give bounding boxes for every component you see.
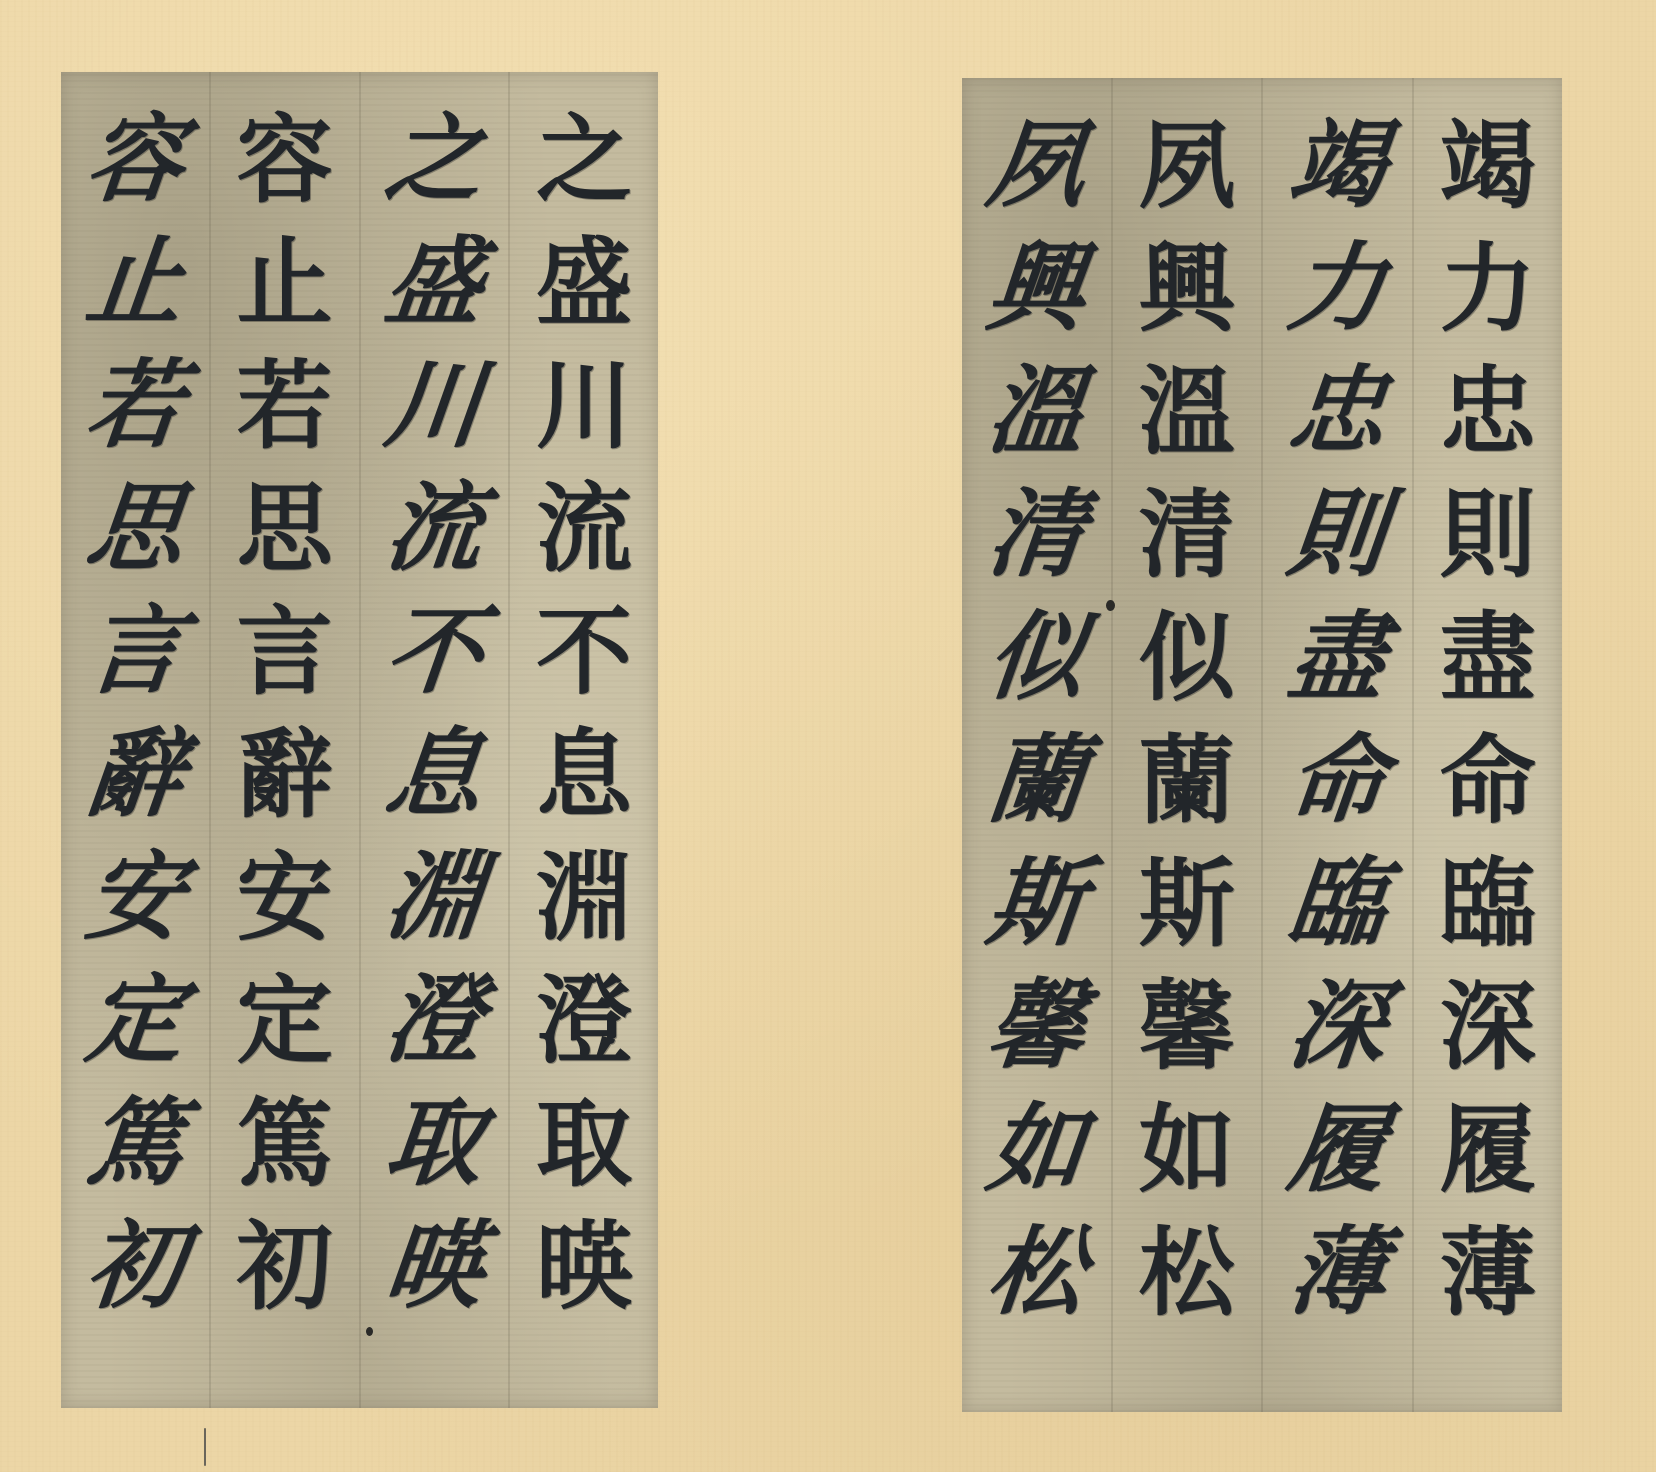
glyph: 薄	[1428, 1211, 1548, 1334]
glyph: 蘭	[970, 719, 1103, 842]
glyph: 篤	[68, 1082, 201, 1205]
glyph: 履	[1428, 1088, 1548, 1211]
glyph: 盛	[524, 221, 644, 344]
glyph: 定	[225, 959, 345, 1082]
glyph: 暎	[368, 1205, 501, 1328]
left-rubbing-panel: 之 盛 川 流 不 息 淵 澄 取 暎 之 盛 川 流 不 息 淵 澄 取 暎 …	[61, 72, 658, 1408]
glyph: 川	[368, 344, 501, 467]
glyph: 竭	[1428, 104, 1548, 227]
calligraphy-column-cursive: 之 盛 川 流 不 息 淵 澄 取 暎	[361, 72, 511, 1408]
glyph: 取	[368, 1082, 501, 1205]
glyph: 盡	[1428, 596, 1548, 719]
calligraphy-column-regular: 容 止 若 思 言 辭 安 定 篤 初	[211, 72, 361, 1408]
glyph: 初	[225, 1205, 345, 1328]
glyph: 蘭	[1127, 719, 1247, 842]
calligraphy-column-cursive: 夙 興 溫 清 似 蘭 斯 馨 如 松	[962, 78, 1113, 1412]
margin-tick-mark	[204, 1428, 206, 1466]
glyph: 則	[1271, 473, 1404, 596]
glyph: 則	[1428, 473, 1548, 596]
glyph: 如	[970, 1088, 1103, 1211]
glyph: 忠	[1271, 350, 1404, 473]
glyph: 斯	[1127, 842, 1247, 965]
glyph: 若	[225, 344, 345, 467]
glyph: 命	[1428, 719, 1548, 842]
glyph: 辭	[68, 713, 201, 836]
glyph: 止	[68, 221, 201, 344]
calligraphy-column-regular: 竭 力 忠 則 盡 命 臨 深 履 薄	[1414, 78, 1563, 1412]
glyph: 息	[524, 713, 644, 836]
glyph: 松	[1127, 1211, 1247, 1334]
calligraphy-column-cursive: 容 止 若 思 言 辭 安 定 篤 初	[61, 72, 211, 1408]
glyph: 如	[1127, 1088, 1247, 1211]
glyph: 臨	[1271, 842, 1404, 965]
glyph: 興	[1127, 227, 1247, 350]
glyph: 夙	[970, 104, 1103, 227]
glyph: 竭	[1271, 104, 1404, 227]
glyph: 清	[970, 473, 1103, 596]
glyph: 若	[68, 344, 201, 467]
glyph: 息	[368, 713, 501, 836]
glyph: 馨	[970, 965, 1103, 1088]
glyph: 不	[368, 590, 501, 713]
glyph: 辭	[225, 713, 345, 836]
glyph: 深	[1271, 965, 1404, 1088]
glyph: 暎	[524, 1205, 644, 1328]
glyph: 淵	[368, 836, 501, 959]
glyph: 興	[970, 227, 1103, 350]
right-rubbing-panel: 竭 力 忠 則 盡 命 臨 深 履 薄 竭 力 忠 則 盡 命 臨 深 履 薄 …	[962, 78, 1562, 1412]
glyph: 淵	[524, 836, 644, 959]
glyph: 力	[1271, 227, 1404, 350]
glyph: 定	[68, 959, 201, 1082]
glyph: 力	[1428, 227, 1548, 350]
glyph: 思	[225, 467, 345, 590]
glyph: 篤	[225, 1082, 345, 1205]
glyph: 止	[225, 221, 345, 344]
glyph: 命	[1271, 719, 1404, 842]
glyph: 川	[524, 344, 644, 467]
glyph: 之	[368, 98, 501, 221]
glyph: 溫	[970, 350, 1103, 473]
ink-blemish	[1106, 600, 1115, 611]
glyph: 流	[368, 467, 501, 590]
glyph: 薄	[1271, 1211, 1404, 1334]
glyph: 澄	[524, 959, 644, 1082]
glyph: 夙	[1127, 104, 1247, 227]
glyph: 思	[68, 467, 201, 590]
glyph: 之	[524, 98, 644, 221]
calligraphy-column-regular: 之 盛 川 流 不 息 淵 澄 取 暎	[510, 72, 658, 1408]
glyph: 清	[1127, 473, 1247, 596]
glyph: 履	[1271, 1088, 1404, 1211]
glyph: 不	[524, 590, 644, 713]
glyph: 流	[524, 467, 644, 590]
glyph: 言	[225, 590, 345, 713]
glyph: 言	[68, 590, 201, 713]
glyph: 溫	[1127, 350, 1247, 473]
glyph: 安	[68, 836, 201, 959]
glyph: 盡	[1271, 596, 1404, 719]
glyph: 初	[68, 1205, 201, 1328]
glyph: 容	[225, 98, 345, 221]
glyph: 深	[1428, 965, 1548, 1088]
glyph: 安	[225, 836, 345, 959]
glyph: 容	[68, 98, 201, 221]
glyph: 似	[1127, 596, 1247, 719]
glyph: 似	[970, 596, 1103, 719]
glyph: 取	[524, 1082, 644, 1205]
glyph: 馨	[1127, 965, 1247, 1088]
glyph: 盛	[368, 221, 501, 344]
ink-blemish	[366, 1327, 373, 1336]
glyph: 臨	[1428, 842, 1548, 965]
calligraphy-column-cursive: 竭 力 忠 則 盡 命 臨 深 履 薄	[1263, 78, 1414, 1412]
glyph: 斯	[970, 842, 1103, 965]
glyph: 松	[970, 1211, 1103, 1334]
glyph: 忠	[1428, 350, 1548, 473]
glyph: 澄	[368, 959, 501, 1082]
calligraphy-column-regular: 夙 興 溫 清 似 蘭 斯 馨 如 松	[1113, 78, 1264, 1412]
